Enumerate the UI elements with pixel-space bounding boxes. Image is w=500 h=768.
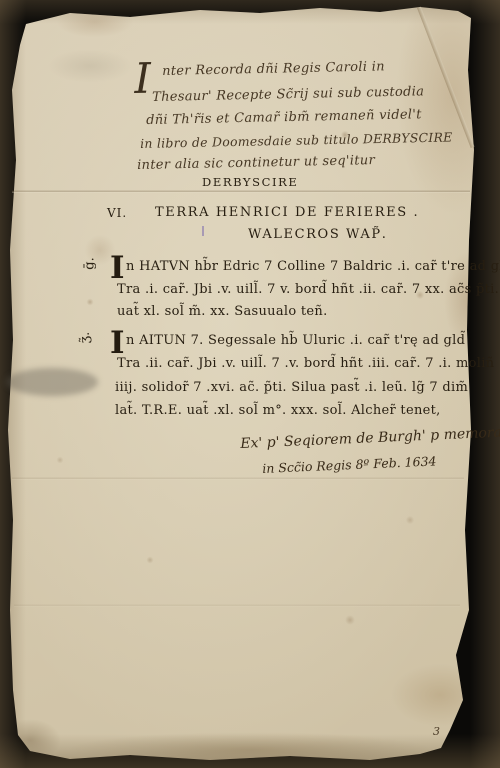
manuscript-photo: I nter Recorda dñi Regis Caroli in Thesa… — [0, 0, 500, 768]
entry-line: n HATVN hb̃r Edric 7 Colline 7 Baldric .… — [126, 259, 500, 274]
entry-line: uat̃ xl. sol̃ m̃. xx. Sasuualo teñ. — [117, 304, 328, 319]
margin-mark: ʒ̃. — [78, 332, 93, 343]
entry-initial: I — [110, 332, 125, 355]
entry-line: Tra .i. car̃. Jbi .v. uill̃. 7 v. bord̃ … — [117, 282, 500, 297]
entry-initial: I — [110, 257, 125, 280]
violet-mark — [202, 226, 204, 236]
entry-line: lat̃. T.R.E. uat̃ .xl. sol̃ m°. xxx. sol… — [115, 403, 441, 418]
entry-line: Tra .ii. car̃. Jbi .v. uill̃. 7 .v. bord… — [117, 356, 494, 371]
county-header: DERBYSCIRE — [202, 175, 298, 189]
entry-line: iiij. solidor̃ 7 .xvi. ac̃. p̃ti. Silua … — [115, 380, 468, 395]
section-wapentake: WALECROS WAP̃. — [248, 227, 387, 242]
margin-mark: ḡ. — [83, 257, 98, 269]
section-numeral: VI. — [107, 206, 127, 220]
folio-number: 3 — [433, 725, 440, 738]
entry-line: n AITUN 7. Segessale hb̃ Uluric .i. car̃… — [126, 333, 465, 348]
heading-initial-flourish: I — [134, 62, 151, 96]
section-title: TERRA HENRICI DE FERIERES . — [155, 205, 419, 220]
ink-smudge-stain — [6, 368, 98, 396]
